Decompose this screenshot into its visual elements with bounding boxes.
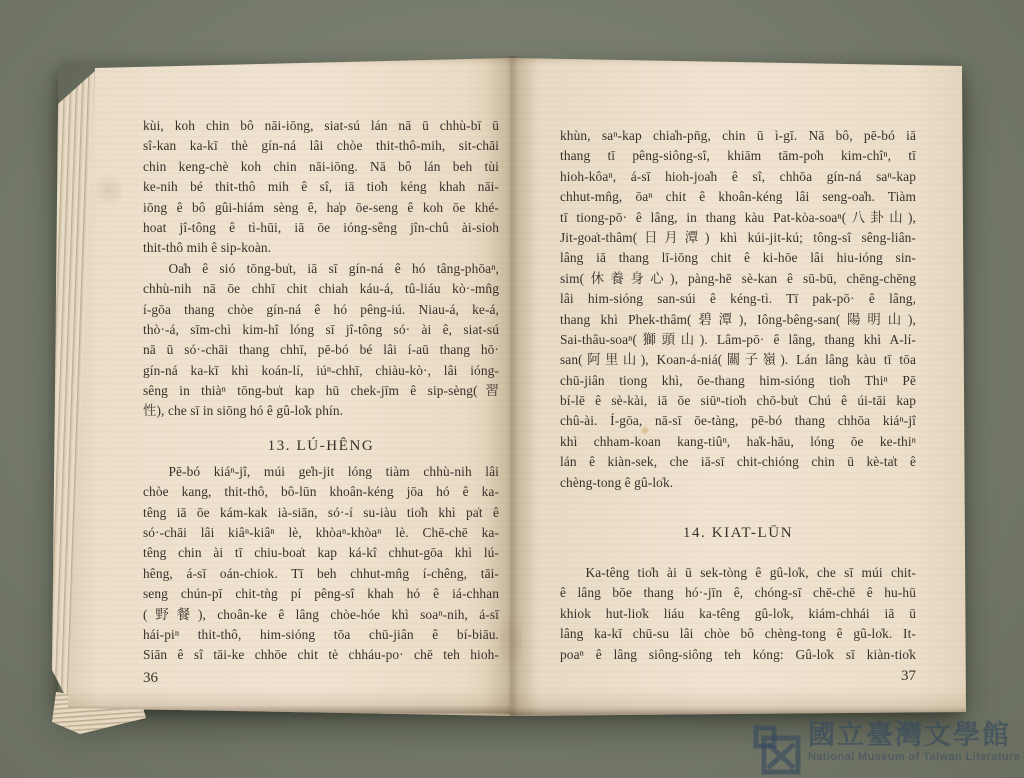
text-line: lán ê kiàn-sek, che iā-sī chit-chióng ch…	[560, 452, 916, 472]
text-line: thang khì Phek-thâm(碧潭), Iông-bêng-san(陽…	[560, 310, 916, 330]
text-line: kùi, koh chin bô nāi-iōng, siat-sú lán n…	[143, 116, 499, 136]
text-line: chhù-nih nā ōe chhī chit chiah káu-á, tû…	[143, 279, 499, 299]
text-line: Siān ê sî tāi-ke chhōe chit tè chháu-po·…	[143, 645, 499, 665]
text-line: poaⁿ ê lâng siông-siông teh kóng: Gû-lo̍…	[560, 645, 916, 665]
text-line: têng chin ài tī chiu-boa̍t kap ká-kî chh…	[143, 543, 499, 563]
text-line: gín-ná ka-kī khì koán-lí, iúⁿ-chhī, chià…	[143, 361, 499, 381]
text-line: Ka-têng tio̍h ài ū sek-tòng ê gû-lo̍k, c…	[560, 563, 916, 583]
book-photo-scene: kùi, koh chin bô nāi-iōng, siat-sú lán n…	[0, 0, 1024, 778]
text-line: sî-kan ka-kī thè gín-ná lâi chòe thit-th…	[143, 136, 499, 156]
text-line: ke-nih bé thit-thô mih ê sî, iā tio̍h ké…	[143, 177, 499, 197]
text-line: hêng, á-sī oán-chiok. Tī beh chhut-mn̂g …	[143, 564, 499, 584]
left-paragraph-animals: Oa̍h ê sió tōng-bu̍t, iā sī gín-ná ê hó …	[143, 259, 499, 422]
text-line: Pē-bó kiáⁿ-jî, múi ge̍h-jit lóng tiàm ch…	[143, 462, 499, 482]
text-line: 性), che sī in siōng hó ê gû-lo̍k phín.	[143, 401, 499, 421]
text-line: iōng ê bô gûi-hiám sèng ê, ha̍p ōe-seng …	[143, 198, 499, 218]
text-line: lâng ka-kī chū-su lâi chòe bô chèng-tong…	[560, 624, 916, 644]
text-line: thang tī pêng-siông-sî, khiām tām-po̍h k…	[560, 146, 916, 166]
left-paragraph-travel: Pē-bó kiáⁿ-jî, múi ge̍h-jit lóng tiàm ch…	[143, 462, 499, 666]
text-line: í-gōa thang chòe gín-ná ê hó pêng-iú. Ni…	[143, 300, 499, 320]
text-line: seng chún-pī chit-tǹg pí pêng-sî khah hó…	[143, 584, 499, 604]
text-line: sim(休養身心), pàng-hē sè-kan ê sū-bū, chēng…	[560, 269, 916, 289]
watermark-en-text: National Museum of Taiwan Literature	[808, 751, 1020, 763]
text-line: chòe kang, thit-thô, bô-lūn khoân-kéng j…	[143, 482, 499, 502]
text-line: chèng-tong ê gû-lo̍k.	[560, 473, 916, 493]
text-line: sêng in thiàⁿ tōng-bu̍t kap hū chek-jīm …	[143, 381, 499, 401]
text-line: chin keng-chè koh chin nāi-iōng. Nā bô l…	[143, 157, 499, 177]
text-line: hái-piⁿ thit-thô, him-sióng tōa chū-jiân…	[143, 625, 499, 645]
section-heading-14: 14. KIAT-LŪN	[560, 523, 916, 543]
text-line: thò·-á, sīm-chì kim-hî lóng sī jî-tông s…	[143, 320, 499, 340]
text-line: lâng iā thang lī-iōng chit ê ki-hōe lâi …	[560, 248, 916, 268]
text-line: ê lâng bōe thang hó·-jīn ê, chóng-sī chē…	[560, 583, 916, 603]
nmtl-watermark: 國立臺灣文學館 National Museum of Taiwan Litera…	[752, 720, 1020, 776]
section-heading-13: 13. LÚ-HÊNG	[143, 436, 499, 456]
text-line: khùn, saⁿ-kap chia̍h-pn̄g, chin ū ì-gī. …	[560, 126, 916, 146]
text-line: khì chham-koan kang-tiûⁿ, ha̍k-hāu, lóng…	[560, 432, 916, 452]
text-line: chū-jiân tiong khì, ōe-thang him-sióng t…	[560, 371, 916, 391]
text-line: thit-thô mih ê sip-koàn.	[143, 238, 499, 258]
text-line: lâi him-sióng san-súi ê kéng-tì. Tī pak-…	[560, 289, 916, 309]
text-line: Jit-goa̍t-thâm(日月潭) khì kúi-jit-kú; tông…	[560, 228, 916, 248]
text-line: nā ū só·-chāi thang chhī, pē-bó bé lâi í…	[143, 340, 499, 360]
right-paragraph-continuation: khùn, saⁿ-kap chia̍h-pn̄g, chin ū ì-gī. …	[560, 126, 916, 493]
text-line: chhut-mn̂g, ōaⁿ chit ê khoân-kéng lâi se…	[560, 187, 916, 207]
text-line: tī tiong-pō· ê lâng, in thang kàu Pat-kò…	[560, 208, 916, 228]
text-line: (野餐), choân-ke ê lâng chòe-hóe khì soaⁿ-…	[143, 605, 499, 625]
text-line: têng iā ōe kám-kak ià-siān, só·-í su-iàu…	[143, 503, 499, 523]
text-line: bí-lē ê sè-kài, iā ōe siūⁿ-tio̍h chō-bu̍…	[560, 391, 916, 411]
text-line: hioh-kôaⁿ, á-sī hioh-joa̍h ê sî, chhōa g…	[560, 167, 916, 187]
nmtl-logo-icon	[752, 724, 802, 776]
right-paragraph-conclusion: Ka-têng tio̍h ài ū sek-tòng ê gû-lo̍k, c…	[560, 563, 916, 665]
text-line: hoat jî-tông ê tì-hūi, iā ōe ióng-sêng j…	[143, 218, 499, 238]
left-page-text: kùi, koh chin bô nāi-iōng, siat-sú lán n…	[143, 116, 499, 688]
text-line: san(阿里山), Koan-á-niá(關子嶺). Lán lâng kàu …	[560, 350, 916, 370]
page-number-left: 36	[143, 668, 499, 688]
page-number-right: 37	[560, 666, 916, 686]
text-line: Oa̍h ê sió tōng-bu̍t, iā sī gín-ná ê hó …	[143, 259, 499, 279]
text-line: chû-ài. Í-gōa, nā-sī ōe-tàng, pē-bó than…	[560, 411, 916, 431]
right-page-text: khùn, saⁿ-kap chia̍h-pn̄g, chin ū ì-gī. …	[560, 126, 916, 686]
watermark-cjk-text: 國立臺灣文學館	[808, 720, 1020, 750]
text-line: khiok hut-lio̍k liáu ka-têng gû-lo̍k, ki…	[560, 604, 916, 624]
watermark-text: 國立臺灣文學館 National Museum of Taiwan Litera…	[808, 720, 1020, 763]
text-line: Sai-thâu-soaⁿ(獅頭山). Lâm-pō· ê lâng, than…	[560, 330, 916, 350]
left-paragraph-continuation: kùi, koh chin bô nāi-iōng, siat-sú lán n…	[143, 116, 499, 259]
text-line: só·-chāi lâi kiâⁿ-kiâⁿ lè, khòaⁿ-khòaⁿ l…	[143, 523, 499, 543]
